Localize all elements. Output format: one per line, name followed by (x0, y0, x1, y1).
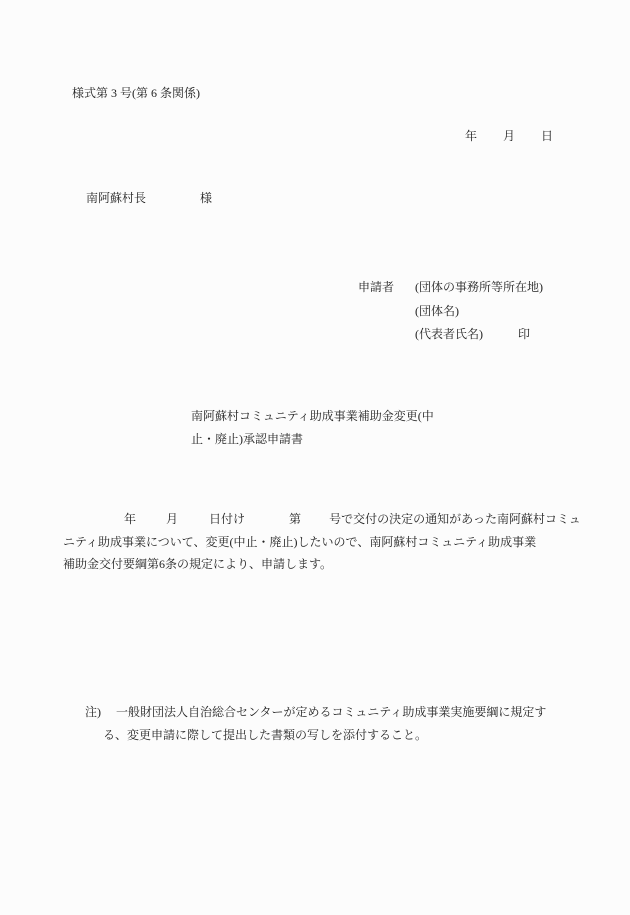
note-text-line1: 一般財団法人自治総合センターが定めるコミュニティ助成事業実施要綱に規定す (116, 705, 546, 720)
date-year-label: 年 (465, 129, 477, 144)
body-paragraph-line3: 補助金交付要綱第6条の規定により、申請します。 (63, 557, 332, 572)
addressee-line: 南阿蘇村長 様 (86, 191, 212, 206)
applicant-address-field-label: (団体の事務所等所在地) (415, 280, 543, 295)
seal-placeholder: 印 (518, 327, 530, 342)
document-title-line1: 南阿蘇村コミュニティ助成事業補助金変更(中 (191, 405, 434, 428)
body-line1-text: 号で交付の決定の通知があった南阿蘇村コミュ (329, 512, 581, 526)
addressee-honorific: 様 (200, 191, 212, 206)
body-paragraph-line2: ニティ助成事業について、変更(中止・廃止)したいので、南阿蘇村コミュニティ助成事… (63, 535, 536, 550)
document-title-line2: 止・廃止)承認申請書 (191, 428, 434, 451)
date-month-label: 月 (503, 129, 515, 144)
blank-number-prefix: 第 (289, 512, 301, 526)
document-page: 様式第 3 号(第 6 条関係) 年 月 日 南阿蘇村長 様 申請者 (団体の事… (0, 0, 630, 915)
applicant-organization-field-label: (団体名) (415, 304, 459, 319)
applicant-representative-field-label: (代表者氏名) (415, 327, 483, 342)
date-line: 年 月 日 (465, 129, 553, 144)
addressee-name: 南阿蘇村長 (86, 191, 146, 206)
blank-day-label: 日付け (209, 512, 245, 526)
document-title: 南阿蘇村コミュニティ助成事業補助金変更(中 止・廃止)承認申請書 (191, 405, 434, 451)
date-day-label: 日 (541, 129, 553, 144)
body-paragraph-line1: 年 月 日付け 第 号で交付の決定の通知があった南阿蘇村コミュ (63, 512, 581, 527)
form-number: 様式第 3 号(第 6 条関係) (72, 86, 200, 101)
note-label: 注) (85, 705, 101, 720)
blank-month-label: 月 (166, 512, 178, 526)
blank-year-label: 年 (124, 512, 136, 526)
applicant-label: 申請者 (358, 280, 394, 295)
note-text-line2: る、変更申請に際して提出した書類の写しを添付すること。 (103, 728, 427, 743)
